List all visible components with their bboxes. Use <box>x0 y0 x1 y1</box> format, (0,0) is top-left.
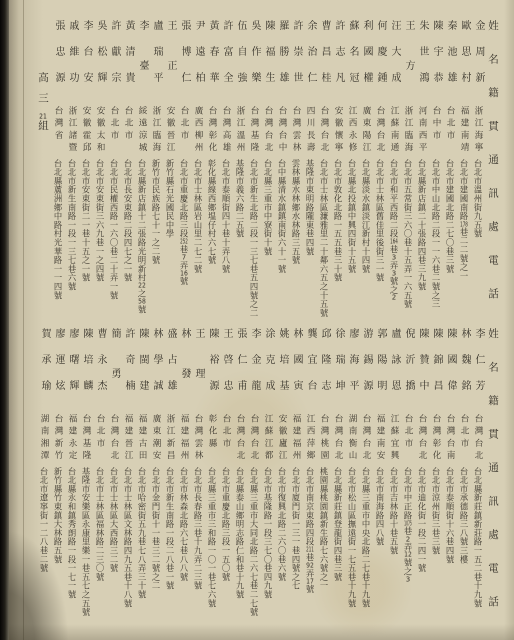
directory-entry: 龔宜台 江西萍鄉 台北市南京東路四段211巷92弄17號 <box>303 328 317 628</box>
entry-origin: 浙江諸暨 <box>65 106 79 159</box>
entry-origin: 浙江臨海 <box>149 106 163 159</box>
directory-entry: 李臺 綏遠涼城 台北縣新店鎮十二張路光明新村22之58號 <box>135 20 149 320</box>
entry-origin: 浙江新昌 <box>163 414 177 467</box>
entry-address: 台中縣清水鎮鎮南街六十一號 <box>275 159 289 320</box>
entry-origin: 福建福州 <box>177 414 191 467</box>
entry-name: 陳國偉 <box>443 328 457 414</box>
entry-origin: 湖南衡山 <box>345 414 359 467</box>
entry-name: 陳宇恭 <box>429 20 443 106</box>
directory-entry: 廖運炫 台灣新竹 新竹縣竹東鎮大林路五號 <box>51 328 65 628</box>
directory-entry: 廖海平 湖南衡山 台北市松山區撫遠街一七五巷十九號 <box>345 328 359 628</box>
entry-name: 盧瑞平 <box>149 20 163 106</box>
entry-address: 台北市士林區福林路二三〇號 <box>93 467 107 628</box>
entry-origin: 台北市 <box>219 414 233 467</box>
directory-entry: 朱世鴻 河南西平 台北縣新店鎮二十張路四巷三九號 <box>415 20 429 320</box>
entry-origin: 台灣桃園 <box>317 414 331 467</box>
entry-name: 朱世鴻 <box>415 20 429 106</box>
directory-entry: 陳福生 台灣台北 台北縣三重市中寮街十號 <box>261 20 275 320</box>
entry-address: 台北縣新店鎮二十張路四巷三九號 <box>415 159 429 320</box>
entry-name: 歐思村 <box>457 20 471 106</box>
entry-name: 王啓忠 <box>219 328 233 414</box>
entry-origin: 台灣基隆 <box>79 414 93 467</box>
entry-name: 汪大成 <box>387 20 401 106</box>
directory-entry: 李金龍 台灣台北 台北縣三重市大同北路二六七巷二七號 <box>247 328 261 628</box>
entry-name: 陳培麟 <box>79 328 93 414</box>
entry-origin: 福建福州 <box>289 414 303 467</box>
entry-origin: 浙江溫州 <box>233 106 247 159</box>
directory-entry: 廖曙輝 福建永定 台北縣永和鎮秀朗路一段一七一號 <box>65 328 79 628</box>
entry-name: 廖海平 <box>345 328 359 414</box>
directory-entry: 陳培麟 台灣基隆 基隆市安樂區永康里樂一巷五七之五號 <box>79 328 93 628</box>
class-label-column: 高三21組 <box>35 20 51 320</box>
directory-entry: 尹遠柏 廣西柳州 台北市士林區岩山里二七二號 <box>191 20 205 320</box>
entry-address: 桃園縣桃園鎮新生路七六號之一 <box>317 467 331 628</box>
directory-entry: 王理 台灣雲林 台北市長春路三巷十九弄二三號 <box>191 328 205 628</box>
entry-address: 台北市中正路1075巷2弄12號之3 <box>401 467 415 628</box>
entry-address: 台北市林森北路六七巷八八號 <box>177 467 191 628</box>
entry-origin: 台灣台北 <box>317 106 331 159</box>
entry-name: 羅勝雄 <box>275 20 289 106</box>
entry-origin: 廣西柳州 <box>191 106 205 159</box>
entry-address: 新竹縣竹東鎮大林路五號 <box>51 467 65 628</box>
directory-entry: 許獻宗 台北市 台北市民權西路一六〇巷二十弄一號 <box>107 20 121 320</box>
entry-address: 彰化縣線西鄉塭仔村六七號 <box>205 159 219 320</box>
entry-name: 黃清貴 <box>121 20 135 106</box>
entry-origin: 台灣彰化 <box>205 106 219 159</box>
gutter-seam-line <box>23 0 24 640</box>
entry-name: 吳松輝 <box>93 20 107 106</box>
directory-entry: 王啓忠 台北市 台北市重慶北路三段一五〇號 <box>219 328 233 628</box>
entry-address: 台北縣淡水鎮淡江新村十四號 <box>359 159 373 320</box>
entry-origin: 河南西平 <box>415 106 429 159</box>
entry-origin: 台中市 <box>429 106 443 159</box>
entry-name: 王理 <box>191 328 205 414</box>
entry-origin: 浙江臨海 <box>401 106 415 159</box>
directory-entry: 張忠源 台灣省 台北縣蘆洲鄉中路村光華路一一四號 <box>51 20 65 320</box>
entry-address: 台北縣三重市三和路一〇一巷七六號 <box>205 467 219 628</box>
entry-name: 林魏銘 <box>457 328 471 414</box>
entry-origin: 台北市 <box>443 106 457 159</box>
directory-entry: 賀承瑜 湖南湘潭 台北市遼寧街一二八巷二號 <box>37 328 51 628</box>
directory-entry: 許崇世 台灣雲林 雲林縣水林鄉水林路三五號 <box>289 20 303 320</box>
directory-content: 姓名籍貫通訊處電話 金周新 浙江海寧 台北市溫州街九五號 歐思村 福建南靖 台北… <box>41 20 501 630</box>
entry-origin: 福建古田 <box>135 414 149 467</box>
entry-name: 郭陽明 <box>373 328 387 414</box>
entry-origin: 台灣台南 <box>443 414 457 467</box>
entry-name: 利國權 <box>359 20 373 106</box>
directory-entry: 林發 福建福州 台北市林森北路六七巷八八號 <box>177 328 191 628</box>
directory-entry: 姚培基 安徽廬江 台北市復興北路二六〇巷六號 <box>275 328 289 628</box>
entry-address: 台北市士林區大西路三二號 <box>107 467 121 628</box>
entry-origin: 台北市 <box>107 106 121 159</box>
entry-name: 賀承瑜 <box>37 328 51 414</box>
entry-name: 陳贊中 <box>415 328 429 414</box>
entry-address: 基隆市安樂區永康里樂一巷五七之五號 <box>79 467 93 628</box>
entry-origin: 安徽太和 <box>93 106 107 159</box>
entry-address: 台北縣新店鎮十二張路光明新村22之58號 <box>135 159 149 320</box>
directory-entry: 林國寅 福建福州 台北市廈門街一三一巷四號之七 <box>289 328 303 628</box>
entry-address: 台北市溫州街九五號 <box>471 159 485 320</box>
entry-address: 台北市涼州街三巷三號 <box>429 467 443 628</box>
entry-address: 台北市重慶北路三段252巷7弄16號 <box>177 159 191 320</box>
entry-origin: 福建晉江 <box>121 414 135 467</box>
directory-entry: 羅勝雄 台灣台中 台中縣清水鎮鎮南街六十一號 <box>275 20 289 320</box>
directory-entry: 余治仁 四川長壽 基隆市東明路隴東巷四號 <box>303 20 317 320</box>
entry-origin: 台灣台北 <box>233 414 247 467</box>
entries-top: 金周新 浙江海寧 台北市溫州街九五號 歐思村 福建南靖 台北市建國南路178巷二… <box>51 20 485 320</box>
entry-address: 台北市松山區撫遠街一七五巷十九號 <box>345 467 359 628</box>
directory-entry: 倪沂撟 台北市 台北市中正路1075巷2弄12號之3 <box>401 328 415 628</box>
entry-address: 台北市和平西路二段164巷3弄3號之2 <box>387 159 401 320</box>
entry-name: 曹昌桂 <box>317 20 331 106</box>
entry-address: 台北縣新莊鎮新莊路一五二巷十九號 <box>471 467 485 628</box>
directory-entry: 郭陽明 福建南安 台北市南海路四八號 <box>373 328 387 628</box>
directory-entry: 曹永杰 台北市 台北市士林區福林路二三〇號 <box>93 328 107 628</box>
directory-entry: 利國權 廣東陽江 台北縣淡水鎮淡江新村十四號 <box>359 20 373 320</box>
entry-name: 黃春華 <box>205 20 219 106</box>
entry-name: 李台安 <box>79 20 93 106</box>
entry-origin: 福建南靖 <box>457 106 471 159</box>
entry-name: 余治仁 <box>303 20 317 106</box>
directory-entry: 陳閩建 福建古田 台北市哈密街五九巷七八弄三十號 <box>135 328 149 628</box>
directory-section-top: 姓名籍貫通訊處電話 金周新 浙江海寧 台北市溫州街九五號 歐思村 福建南靖 台北… <box>41 20 501 320</box>
entry-address: 台北市建國北路二七〇巷三號 <box>443 159 457 320</box>
entry-name: 許富全 <box>219 20 233 106</box>
entry-origin: 廣東潮安 <box>149 414 163 467</box>
entry-name: 許奇楠 <box>121 328 135 414</box>
directory-entry: 何慶鍾 台灣台北 台北市士林區舊佳里後街三一號 <box>373 20 387 320</box>
directory-entry: 游錫源 台灣台北 台北縣三重市中央北路二七巷十九號 <box>359 328 373 628</box>
directory-entry: 蘇名冠 江西永修 台北縣北投鎮中興四街十五號 <box>345 20 359 320</box>
directory-entry: 盛占雄 浙江新昌 台北市新生南路一段二八巷一號 <box>163 328 177 628</box>
entry-address: 台北市重慶北路三段一五〇號 <box>219 467 233 628</box>
entry-address: 新竹市民族路七十一之二號 <box>149 159 163 320</box>
entry-name: 林學誠 <box>149 328 163 414</box>
entry-origin: 台北市 <box>457 414 471 467</box>
entry-origin: 安徽霍邱 <box>79 106 93 159</box>
entry-name: 簡勇 <box>107 328 121 414</box>
entry-address: 台北市敦化北路一五五巷三十號 <box>331 159 345 320</box>
directory-entry: 陳贊中 台灣台北 台北市迪化街一段二四一號 <box>415 328 429 628</box>
entry-address: 台北市金門街十一巷三二號之二 <box>149 467 163 628</box>
directory-entry: 李台安 安徽霍邱 台北市安東街二一巷十五之一號 <box>79 20 93 320</box>
directory-entry: 王方 浙江臨海 台北市五常街三六〇巷十五弄一六五號 <box>401 20 415 320</box>
entry-address: 台北市新生南路一段一三七巷六號 <box>65 159 79 320</box>
directory-entry: 許富全 台灣高雄 台北市泰順街四十巷十弄八號 <box>219 20 233 320</box>
entry-name: 廖曙輝 <box>65 328 79 414</box>
entry-origin: 彰化縣 <box>205 414 219 467</box>
entry-origin: 台灣彰化 <box>429 414 443 467</box>
entry-address: 台北市遼寧街一二八巷二號 <box>37 467 51 628</box>
entry-name: 陳福生 <box>261 20 275 106</box>
directory-entry: 簡勇 台灣台北 台北市士林區大西路三二號 <box>107 328 121 628</box>
directory-entry: 林魏銘 台北市 台北市承德路三八號三樓 <box>457 328 471 628</box>
directory-entry: 黃春華 台灣彰化 彰化縣線西鄉塭仔村六七號 <box>205 20 219 320</box>
entry-origin: 台北市 <box>121 106 135 159</box>
entry-origin: 廣東陽江 <box>359 106 373 159</box>
entry-address: 台北市中山北路二段一一六巷二號之三 <box>429 159 443 320</box>
entry-name: 涂克成 <box>261 328 275 414</box>
entries-bottom: 李仁芳 台灣台北 台北縣新莊鎮新莊路一五二巷十九號 林魏銘 台北市 台北市承德路… <box>37 328 485 628</box>
entry-origin: 福建永定 <box>65 414 79 467</box>
entry-address: 基隆市義六路二五號 <box>233 159 247 320</box>
directory-entry: 林學誠 廣東潮安 台北市金門街十一巷三二號之二 <box>149 328 163 628</box>
entry-name: 龔宜台 <box>303 328 317 414</box>
entry-name: 金周新 <box>471 20 485 106</box>
entry-address: 台北縣三重市中央北路二七巷十九號 <box>359 467 373 628</box>
directory-entry: 王正 安徽晉江 新竹縣石光國民中學 <box>163 20 177 320</box>
entry-name: 李臺 <box>135 20 149 106</box>
directory-entry: 陳宇恭 台中市 台北市中山北路二段一一六巷二號之三 <box>429 20 443 320</box>
entry-origin: 江蘇宜興 <box>387 414 401 467</box>
directory-entry: 吳作樂 台灣基隆 台北市新生北路二段一三七巷五四號之二 <box>247 20 261 320</box>
entry-address: 基隆市東明路隴東巷四號 <box>303 159 317 320</box>
entry-address: 雲林縣水林鄉水林路三五號 <box>289 159 303 320</box>
scanned-page: 姓名籍貫通訊處電話 金周新 浙江海寧 台北市溫州街九五號 歐思村 福建南靖 台北… <box>0 0 514 640</box>
entry-name: 姚培基 <box>275 328 289 414</box>
entry-origin: 台灣台北 <box>359 414 373 467</box>
entry-name: 曹永杰 <box>93 328 107 414</box>
entry-origin: 台北市 <box>177 106 191 159</box>
entry-address: 台北市復興北路二六〇巷六號 <box>275 467 289 628</box>
entry-address: 台北市士林區濂雅里二十鄰六五之十五號 <box>317 159 331 320</box>
directory-entry: 汪大成 江蘇南通 台北市和平西路二段164巷3弄3號之2 <box>387 20 401 320</box>
entry-name: 陳裕源 <box>205 328 219 414</box>
entry-origin: 浙江海寧 <box>471 106 485 159</box>
entry-name: 李仁芳 <box>471 328 485 414</box>
column-header: 姓名籍貫通訊處電話 <box>485 20 501 320</box>
entry-origin: 台灣省 <box>51 106 65 159</box>
entry-address: 台北市士林區舊佳里後街三一號 <box>373 159 387 320</box>
directory-entry: 邱隆志 台灣桃園 桃園縣桃園鎮新生路七六號之一 <box>317 328 331 628</box>
directory-entry: 秦池雄 台北市 台北市建國北路二七〇巷三號 <box>443 20 457 320</box>
directory-entry: 陳錦昌 台灣彰化 台北市涼州街三巷三號 <box>429 328 443 628</box>
column-header-text: 姓名籍貫通訊處電話 <box>486 20 500 320</box>
entry-name: 張博仁 <box>177 20 191 106</box>
entry-name: 陳錦昌 <box>429 328 443 414</box>
entry-address: 台北市南海路四八號 <box>373 467 387 628</box>
entry-address: 台北縣蘆洲鄉中路村光華路一一四號 <box>51 159 65 320</box>
entry-origin: 江西永修 <box>345 106 359 159</box>
directory-entry: 黃清貴 台北市 台北市長安東路二段四七之一號 <box>121 20 135 320</box>
entry-name: 吳作樂 <box>247 20 261 106</box>
entry-name: 張忠源 <box>51 20 65 106</box>
entry-address: 台北市泰順街十六巷四號 <box>443 467 457 628</box>
entry-origin: 台灣高雄 <box>219 106 233 159</box>
entry-name: 游錫源 <box>359 328 373 414</box>
entry-address: 台北市建國南路178巷二二號之一 <box>457 159 471 320</box>
entry-origin: 安徽懷寧 <box>331 106 345 159</box>
directory-entry: 曹昌桂 台灣台北 台北市士林區濂雅里二十鄰六五之十五號 <box>317 20 331 320</box>
entry-address: 台北縣北投鎮中興四街十五號 <box>345 159 359 320</box>
entry-origin: 江蘇南通 <box>387 106 401 159</box>
entry-origin: 湖南湘潭 <box>37 414 51 467</box>
directory-entry: 陳國偉 台灣台南 台北市泰順街十六巷四號 <box>443 328 457 628</box>
directory-entry: 陳裕源 彰化縣 台北縣三重市三和路一〇一巷七六號 <box>205 328 219 628</box>
entry-origin: 安徽晉江 <box>163 106 177 159</box>
directory-entry: 許奇楠 福建晉江 台北市士林區文林路四九五巷十八號 <box>121 328 135 628</box>
entry-origin: 台北市 <box>401 414 415 467</box>
directory-entry: 盧瑞平 浙江臨海 新竹市民族路七十一之二號 <box>149 20 163 320</box>
entry-origin: 台灣台北 <box>415 414 429 467</box>
paper-sheet: 姓名籍貫通訊處電話 金周新 浙江海寧 台北市溫州街九五號 歐思村 福建南靖 台北… <box>9 0 514 640</box>
entry-name: 陳閩建 <box>135 328 149 414</box>
entry-address: 台北市五常街三六〇巷十五弄一六五號 <box>401 159 415 320</box>
entry-address: 台北市廈門街一三一巷四號之七 <box>289 467 303 628</box>
entry-address: 台北縣三重市大同北路二六七巷二七號 <box>247 467 261 628</box>
entry-address: 台北市承德路三八號三樓 <box>457 467 471 628</box>
directory-entry: 張博仁 台北市 台北市重慶北路三段252巷7弄16號 <box>177 20 191 320</box>
entry-origin: 台灣台北 <box>373 106 387 159</box>
entry-name: 盛占雄 <box>163 328 177 414</box>
entry-address: 台北市民權西路一六〇巷二十弄一號 <box>107 159 121 320</box>
entry-address: 台北縣三重市中寮街十號 <box>261 159 275 320</box>
directory-entry: 涂克成 江蘇江都 台北市基隆路一段三七〇巷四九號 <box>261 328 275 628</box>
directory-entry: 李仁芳 台灣台北 台北縣新莊鎮新莊路一五二巷十九號 <box>471 328 485 628</box>
entry-origin: 台灣台中 <box>275 106 289 159</box>
entry-address: 台北市迪化街一段二四一號 <box>415 467 429 628</box>
entry-name: 盧詠恩 <box>387 328 401 414</box>
entry-address: 台北市安東街三六九巷一之四號 <box>93 159 107 320</box>
entry-address: 新竹縣石光國民中學 <box>163 159 177 320</box>
entry-address: 台北市長春路三巷十九弄二三號 <box>191 467 205 628</box>
entry-address: 台北市長安東路二段四七之一號 <box>121 159 135 320</box>
entry-name: 王正 <box>163 20 177 106</box>
directory-entry: 金周新 浙江海寧 台北市溫州街九五號 <box>471 20 485 320</box>
entry-address: 台北市基隆路一段三七〇巷四九號 <box>261 467 275 628</box>
entry-origin: 綏遠涼城 <box>135 106 149 159</box>
entry-origin: 台灣台北 <box>107 414 121 467</box>
column-header: 姓名籍貫通訊處電話 <box>485 328 501 628</box>
entry-name: 許志凡 <box>331 20 345 106</box>
directory-entry: 徐瑞坤 台灣台北 台北縣新莊鎮登龍街四巷三號 <box>331 328 345 628</box>
directory-entry: 吳松輝 安徽太和 台北市安東街三六九巷一之四號 <box>93 20 107 320</box>
entry-origin: 台灣台北 <box>331 414 345 467</box>
entry-name: 邱隆志 <box>317 328 331 414</box>
entry-name: 張仁甫 <box>233 328 247 414</box>
entry-name: 秦池雄 <box>443 20 457 106</box>
entry-name: 許崇世 <box>289 20 303 106</box>
entry-origin: 台北市 <box>93 414 107 467</box>
entry-address: 台北市南京東路四段211巷92弄17號 <box>303 467 317 628</box>
entry-address: 台北市新生北路二段一三七巷五四號之二 <box>247 159 261 320</box>
entry-address: 台北縣永和鎮秀朗路一段一七一號 <box>65 467 79 628</box>
entry-name: 蘇名冠 <box>345 20 359 106</box>
entry-origin: 台灣台北 <box>471 414 485 467</box>
entry-origin: 四川長壽 <box>303 106 317 159</box>
entry-address: 台北市士林區岩山里二七二號 <box>191 159 205 320</box>
entry-name: 尹遠柏 <box>191 20 205 106</box>
entry-name: 王方 <box>401 20 415 106</box>
entry-name: 徐瑞坤 <box>331 328 345 414</box>
entry-address: 台北市新生南路一段二八巷一號 <box>163 467 177 628</box>
entry-name: 林發 <box>177 328 191 414</box>
entry-origin: 福建南安 <box>373 414 387 467</box>
book-spine-shadow <box>0 0 9 640</box>
directory-section-bottom: 姓名籍貫通訊處電話 李仁芳 台灣台北 台北縣新莊鎮新莊路一五二巷十九號 林魏銘 … <box>41 328 501 628</box>
entry-name: 林國寅 <box>289 328 303 414</box>
class-label: 高三21組 <box>36 72 50 141</box>
directory-entry: 歐思村 福建南靖 台北市建國南路178巷二二號之一 <box>457 20 471 320</box>
entry-origin: 江蘇江都 <box>261 414 275 467</box>
entry-origin: 台灣雲林 <box>289 106 303 159</box>
entry-name: 何慶鍾 <box>373 20 387 106</box>
entry-address: 台北縣泰山鄉明志路仁和巷十九號 <box>233 467 247 628</box>
entry-address: 台北市吉林路十巷五號 <box>387 467 401 628</box>
entry-origin: 安徽廬江 <box>275 414 289 467</box>
entry-name: 廖運炫 <box>51 328 65 414</box>
entry-origin: 台灣台北 <box>261 106 275 159</box>
entry-address: 台北市哈密街五九巷七八弄三十號 <box>135 467 149 628</box>
directory-entry: 伍自強 浙江溫州 基隆市義六路二五號 <box>233 20 247 320</box>
entry-name: 伍自強 <box>233 20 247 106</box>
entry-origin: 江西萍鄉 <box>303 414 317 467</box>
entry-origin: 台灣基隆 <box>247 106 261 159</box>
directory-entry: 張仁甫 台灣台北 台北縣泰山鄉明志路仁和巷十九號 <box>233 328 247 628</box>
directory-entry: 盧詠恩 江蘇宜興 台北市吉林路十巷五號 <box>387 328 401 628</box>
entry-name: 李金龍 <box>247 328 261 414</box>
entry-origin: 台灣雲林 <box>191 414 205 467</box>
directory-entry: 許志凡 安徽懷寧 台北市敦化北路一五五巷三十號 <box>331 20 345 320</box>
entry-origin: 台灣台北 <box>247 414 261 467</box>
column-header-text: 姓名籍貫通訊處電話 <box>486 328 500 628</box>
directory-entry: 戚維功 浙江諸暨 台北市新生南路一段一三七巷六號 <box>65 20 79 320</box>
entry-name: 倪沂撟 <box>401 328 415 414</box>
entry-name: 許獻宗 <box>107 20 121 106</box>
entry-address: 台北市安東街二一巷十五之一號 <box>79 159 93 320</box>
entry-address: 台北市泰順街四十巷十弄八號 <box>219 159 233 320</box>
entry-address: 台北市士林區文林路四九五巷十八號 <box>121 467 135 628</box>
entry-address: 台北縣新莊鎮登龍街四巷三號 <box>331 467 345 628</box>
entry-origin: 台灣新竹 <box>51 414 65 467</box>
entry-name: 戚維功 <box>65 20 79 106</box>
